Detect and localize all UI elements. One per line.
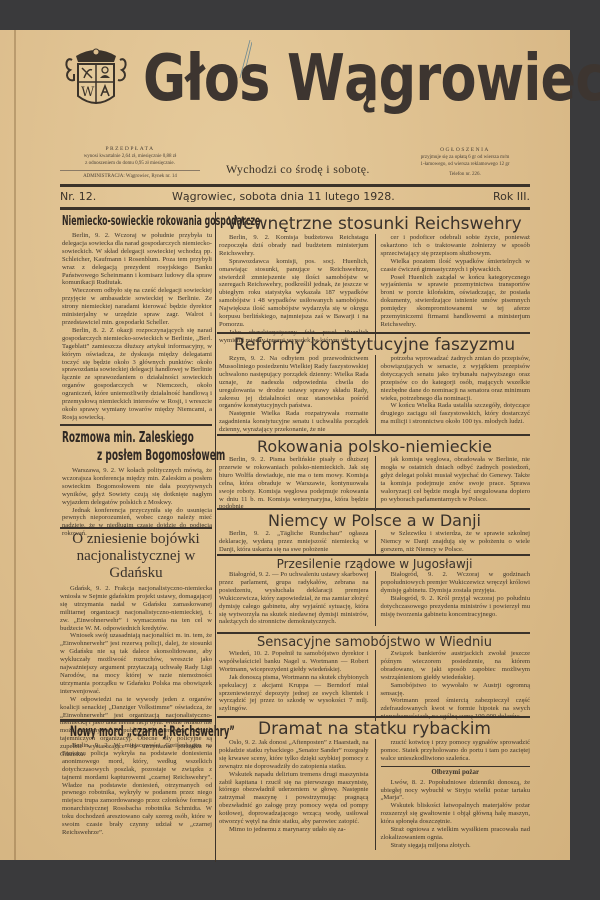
paragraph: Berlin, 8. 2. Z okazji rozpoczynających … <box>62 327 212 422</box>
paragraph: Wniosek swój uzasadniają nacjonaliści m.… <box>60 632 212 695</box>
paragraph: Jak donoszą pisma, Wortmann na skutek ch… <box>219 674 369 714</box>
issue-date: Wągrowiec, sobota dnia 11 lutego 1928. <box>172 190 395 203</box>
paragraph: Lwów, 8. 2. Popołudniowe dzienniki donos… <box>381 779 531 803</box>
paragraph: Oslo, 9. 2. Jak donosi „Aftenposten” z H… <box>219 739 369 771</box>
article-body: Białogród, 9. 2. — Po uchwaleniu ustawy … <box>219 571 530 626</box>
article-separator <box>217 508 530 510</box>
paragraph: Związek bankierów austrjackich zwołał je… <box>381 650 531 682</box>
subscription-info: PRZEDPŁATA wynosi kwartalnie 2,64 zł, mi… <box>60 146 200 180</box>
paragraph: Samobójstwo to wywołało w Austrji ogromn… <box>381 682 531 698</box>
article-body: Oslo, 9. 2. Jak donosi „Aftenposten” z H… <box>219 739 530 850</box>
article-soviet-german-talks: Niemiecko-sowieckie rokowania gospodarcz… <box>62 214 212 422</box>
coat-of-arms-icon: W <box>62 46 130 110</box>
paragraph: Wskutek bliskości łatwopalnych materjałó… <box>381 802 531 826</box>
column-divider <box>215 212 216 862</box>
article-fishing-boat-drama: Dramat na statku rybackim Oslo, 9. 2. Ja… <box>219 719 530 850</box>
paragraph: Berlin, 9. 2. Wczoraj w południe przybył… <box>62 232 212 287</box>
article-body: Berlin, 9. 2. Pisma berlińskie pisały o … <box>219 456 530 511</box>
article-body: Berlin, 9. 2. W miejscowości Greifenhage… <box>62 742 212 837</box>
sub-article-headline: Olbrzymi pożar <box>381 769 531 777</box>
newspaper-title: Głos Wągrowiecki <box>143 40 463 118</box>
ads-line: 1-łamowego, od wiersza reklamowego 12 gr <box>385 161 545 168</box>
paragraph: Mimo to jednemu z marynarzy udało się za… <box>219 826 369 834</box>
paragraph: jak komisja węglowa, obradowała w Berlin… <box>381 456 531 503</box>
article-separator <box>217 434 530 436</box>
article-headline: Sensacyjne samobójstwo w Wiedniu <box>219 635 530 650</box>
paragraph: Białogród, 9. 2. Wczoraj w godzinach pop… <box>381 571 531 595</box>
paragraph: Straty sięgają miljona złotych. <box>381 842 531 850</box>
article-headline: Niemiecko-sowieckie rokowania gospodarcz… <box>62 214 212 229</box>
paragraph: cer i podoficer odebrali sobie życie, po… <box>381 234 531 258</box>
article-body: Berlin, 9. 2. „Tägliche Rundschau” ogłas… <box>219 530 530 554</box>
article-separator <box>217 716 530 718</box>
masthead-rule <box>60 184 530 187</box>
article-vienna-suicide: Sensacyjne samobójstwo w Wiedniu Wiedeń,… <box>219 635 530 721</box>
paragraph: Białogród, 9. 2. Król przyjął wczoraj po… <box>381 595 531 619</box>
paragraph: Wielka pozatem ilość wypadków śmiertelny… <box>381 258 531 274</box>
paragraph: Następnie Wielka Rada rozpatrywała rozma… <box>219 410 369 434</box>
paragraph: Straż ogniowa z wielkim wysiłkiem pracow… <box>381 826 531 842</box>
subscription-line: z odnoszeniem do domu 0,95 zł miesięczni… <box>60 160 200 167</box>
article-reichswehr-relations: Wewnętrzne stosunki Reichswehry Berlin, … <box>219 214 530 345</box>
paragraph: rzucić kotwicę i przy pomocy sygnałów sp… <box>381 739 531 763</box>
paragraph: Berlin, 9. 2. „Tägliche Rundschau” ogłas… <box>219 530 369 554</box>
ads-line: przyjmuje się za opłatą 6 gr od wiersza … <box>385 154 545 161</box>
article-headline: Reformy konstytucyjne faszyzmu <box>219 335 530 355</box>
article-headline: O zniesienie bojówki nacjonalistycznej w… <box>60 531 212 582</box>
phone-number: Telefon nr. 226. <box>385 171 545 178</box>
article-headline: Przesilenie rządowe w Jugosławji <box>219 557 530 571</box>
ads-heading: OGŁOSZENIA <box>385 147 545 154</box>
article-body: Rzym, 9. 2. Na odbytem pod przewodnictwe… <box>219 355 530 434</box>
article-germans-in-poland-denmark: Niemcy w Polsce a w Danji Berlin, 9. 2. … <box>219 511 530 554</box>
subscription-heading: PRZEDPŁATA <box>60 146 200 153</box>
paragraph: Wskutek napadu delirium tremens drugi ma… <box>219 771 369 826</box>
volume-year: Rok III. <box>493 190 530 203</box>
article-fascism-reforms: Reformy konstytucyjne faszyzmu Rzym, 9. … <box>219 335 530 434</box>
paragraph: Sprawozdawca komisji, pos. socj. Huenlic… <box>219 258 369 329</box>
paragraph: Rzym, 9. 2. Na odbytem pod przewodnictwe… <box>219 355 369 410</box>
paragraph: Wieczorem odbyło się na cześć delegacji … <box>62 287 212 327</box>
article-separator <box>217 554 530 556</box>
article-separator <box>60 527 212 529</box>
paragraph: potrzeba wprowadzać żadnych zmian do prz… <box>381 355 531 402</box>
dateline-rule <box>60 207 530 210</box>
advertising-info: OGŁOSZENIA przyjmuje się za opłatą 6 gr … <box>385 147 545 178</box>
article-yugoslav-crisis: Przesilenie rządowe w Jugosławji Białogr… <box>219 557 530 626</box>
administration-address: ADMINISTRACJA: Wągrowiec, Rynek nr. 14 <box>60 170 200 180</box>
paragraph: Berlin, 9. 2. Komisja budżetowa Reichsta… <box>219 234 369 258</box>
article-separator <box>217 632 530 634</box>
article-polish-german-talks: Rokowania polsko-niemieckie Berlin, 9. 2… <box>219 437 530 511</box>
article-headline: Wewnętrzne stosunki Reichswehry <box>219 214 530 234</box>
paragraph: Berlin, 9. 2. W miejscowości Greifenhage… <box>62 742 212 837</box>
page-fold-line <box>14 30 16 860</box>
article-body: Wiedeń, 10. 2. Popełnił tu samobójstwo d… <box>219 650 530 721</box>
publication-schedule: Wychodzi co środę i sobotę. <box>226 162 370 177</box>
dateline: Nr. 12. Wągrowiec, sobota dnia 11 lutego… <box>60 190 530 206</box>
subscription-line: wynosi kwartalnie 2,64 zł, miesięcznie 0… <box>60 153 200 160</box>
paragraph: Berlin, 9. 2. Pisma berlińskie pisały o … <box>219 456 369 511</box>
article-separator <box>60 424 212 426</box>
article-body: Berlin, 9. 2. Komisja budżetowa Reichsta… <box>219 234 530 345</box>
paragraph: Wiedeń, 10. 2. Popełnił tu samobójstwo d… <box>219 650 369 674</box>
paragraph: w Szlezwiku i stwierdza, że w sprawie sz… <box>381 530 531 554</box>
sub-article-separator <box>381 766 531 767</box>
article-zaleski-talks: Rozmowa min. Zaleskiego z posłem Bogomos… <box>62 428 212 538</box>
paragraph: Poseł Huenlich zażądał w końcu kategoryc… <box>381 274 531 329</box>
issue-number: Nr. 12. <box>60 190 96 203</box>
article-headline: Dramat na statku rybackim <box>219 719 530 739</box>
article-black-reichswehr-murder: Nowy mord „czarnej Reichswehry” Berlin, … <box>62 724 212 837</box>
article-body: Berlin, 9. 2. Wczoraj w południe przybył… <box>62 232 212 422</box>
paragraph: W końcu Wielka Rada ustaliła szczegóły, … <box>381 402 531 426</box>
article-headline: Rokowania polsko-niemieckie <box>219 437 530 456</box>
svg-text:W: W <box>81 85 95 100</box>
paragraph: Warszawa, 9. 2. W kołach politycznych mó… <box>62 467 212 507</box>
article-separator <box>60 719 212 722</box>
article-headline: Nowy mord „czarnej Reichswehry” <box>70 724 214 740</box>
paragraph: Gdańsk, 9. 2. Frakcja nacjonalistyczno-n… <box>60 585 212 632</box>
article-headline: Niemcy w Polsce a w Danji <box>219 511 530 530</box>
paragraph: Białogród, 9. 2. — Po uchwaleniu ustawy … <box>219 571 369 626</box>
article-separator <box>217 332 530 334</box>
article-headline: Rozmowa min. Zaleskiego <box>62 428 200 446</box>
